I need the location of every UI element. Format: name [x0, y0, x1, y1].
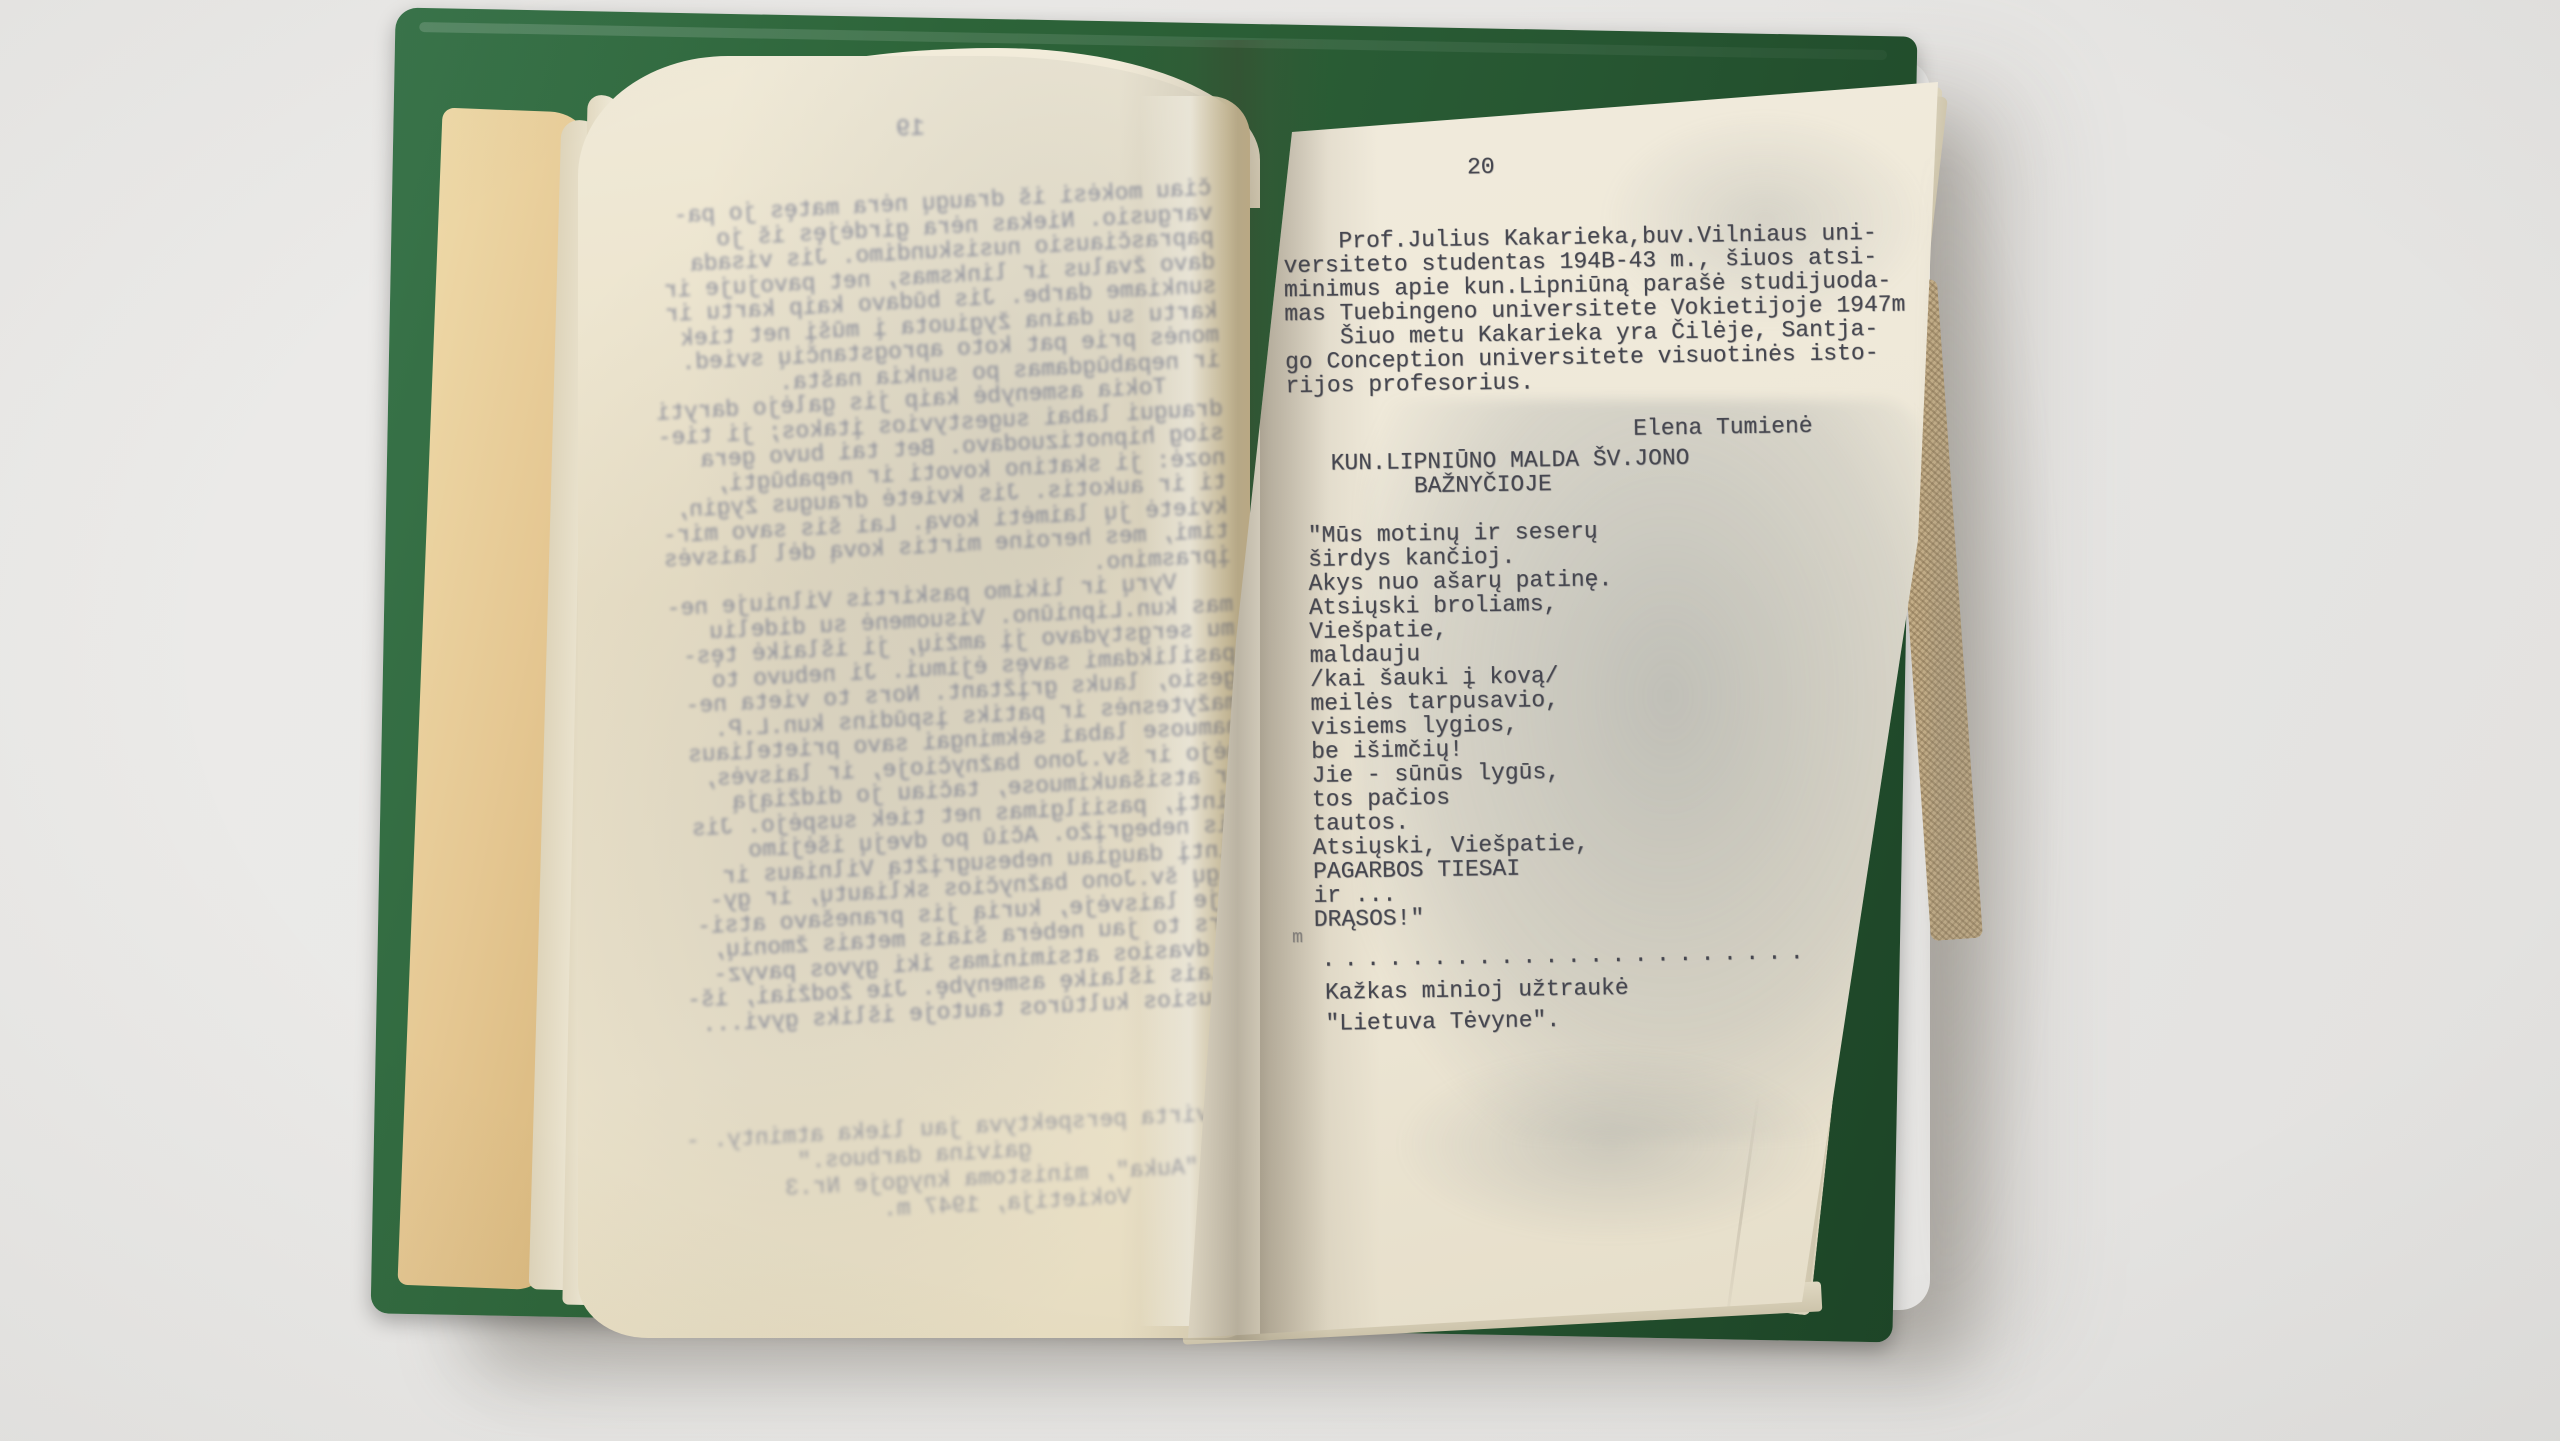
closing-lines: Kažkas minioj užtraukė "Lietuva Tėvyne".: [1325, 973, 1630, 1040]
dotted-separator: ......................: [1321, 940, 1812, 972]
left-page: 19 čiau mokėsi iš draugų nėra matęs jo p…: [578, 56, 1250, 1338]
margin-mark: m: [1292, 926, 1303, 950]
page-number: 20: [1467, 155, 1495, 179]
left-page-bleedthrough-footer: tvirta perspektyva jau lieka atminty. - …: [564, 1101, 1229, 1239]
paragraph: Prof.Julius Kakarieka,buv.Vilniaus uni- …: [1283, 221, 1906, 327]
photo-scene: 19 čiau mokėsi iš draugų nėra matęs jo p…: [0, 0, 2560, 1441]
poem-body: "Mūs motinų ir seserų širdys kančioj. Ak…: [1308, 519, 1618, 932]
poem-title: KUN.LIPNIŪNO MALDA ŠV.JONO BAŽNYČIOJE: [1330, 446, 1690, 500]
paragraph: Šiuo metu Kakarieka yra Čilėje, Santja- …: [1285, 317, 1880, 398]
left-page-bleedthrough-text: čiau mokėsi iš draugų nėra matęs jo pa- …: [442, 176, 1255, 1048]
attribution-name: Elena Tumienė: [1633, 414, 1813, 441]
left-page-number-mirrored: 19: [895, 117, 925, 143]
